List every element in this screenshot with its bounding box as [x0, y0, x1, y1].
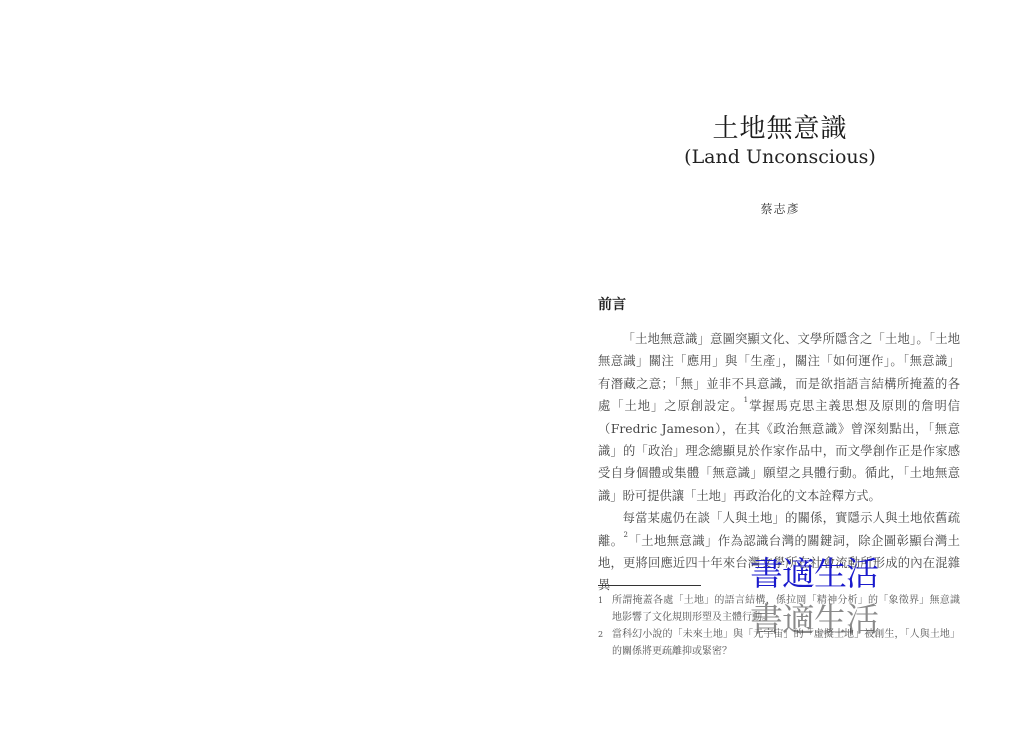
paragraph: 「土地無意識」意圖突顯文化、文學所隱含之「土地」。「土地無意識」關注「應用」與「… — [598, 328, 960, 507]
section-heading: 前言 — [598, 294, 626, 314]
footnote: 2 當科幻小說的「未來土地」與「元宇宙」的「虛擬土地」被創生，「人與土地」的關係… — [598, 626, 960, 660]
document-subtitle: (Land Unconscious) — [600, 146, 960, 168]
footnote-text: 所謂掩蓋各處「土地」的語言結構，係拉岡「精神分析」的「象徵界」無意識地影響了文化… — [612, 592, 960, 626]
footnotes: 1 所謂掩蓋各處「土地」的語言結構，係拉岡「精神分析」的「象徵界」無意識地影響了… — [598, 592, 960, 660]
book-page: 土地無意識 (Land Unconscious) 蔡志彥 前言 「土地無意識」意… — [0, 0, 1027, 735]
footnote-number: 2 — [598, 626, 612, 660]
body-text: 「土地無意識」意圖突顯文化、文學所隱含之「土地」。「土地無意識」關注「應用」與「… — [598, 328, 960, 597]
author-name: 蔡志彥 — [600, 200, 960, 217]
footnote-divider — [598, 585, 701, 586]
paragraph: 每當某處仍在談「人與土地」的關係，實隱示人與土地依舊疏離。2「土地無意識」作為認… — [598, 507, 960, 597]
footnote-text: 當科幻小說的「未來土地」與「元宇宙」的「虛擬土地」被創生，「人與土地」的關係將更… — [612, 626, 960, 660]
footnote-number: 1 — [598, 592, 612, 626]
document-title: 土地無意識 — [600, 108, 960, 145]
footnote: 1 所謂掩蓋各處「土地」的語言結構，係拉岡「精神分析」的「象徵界」無意識地影響了… — [598, 592, 960, 626]
